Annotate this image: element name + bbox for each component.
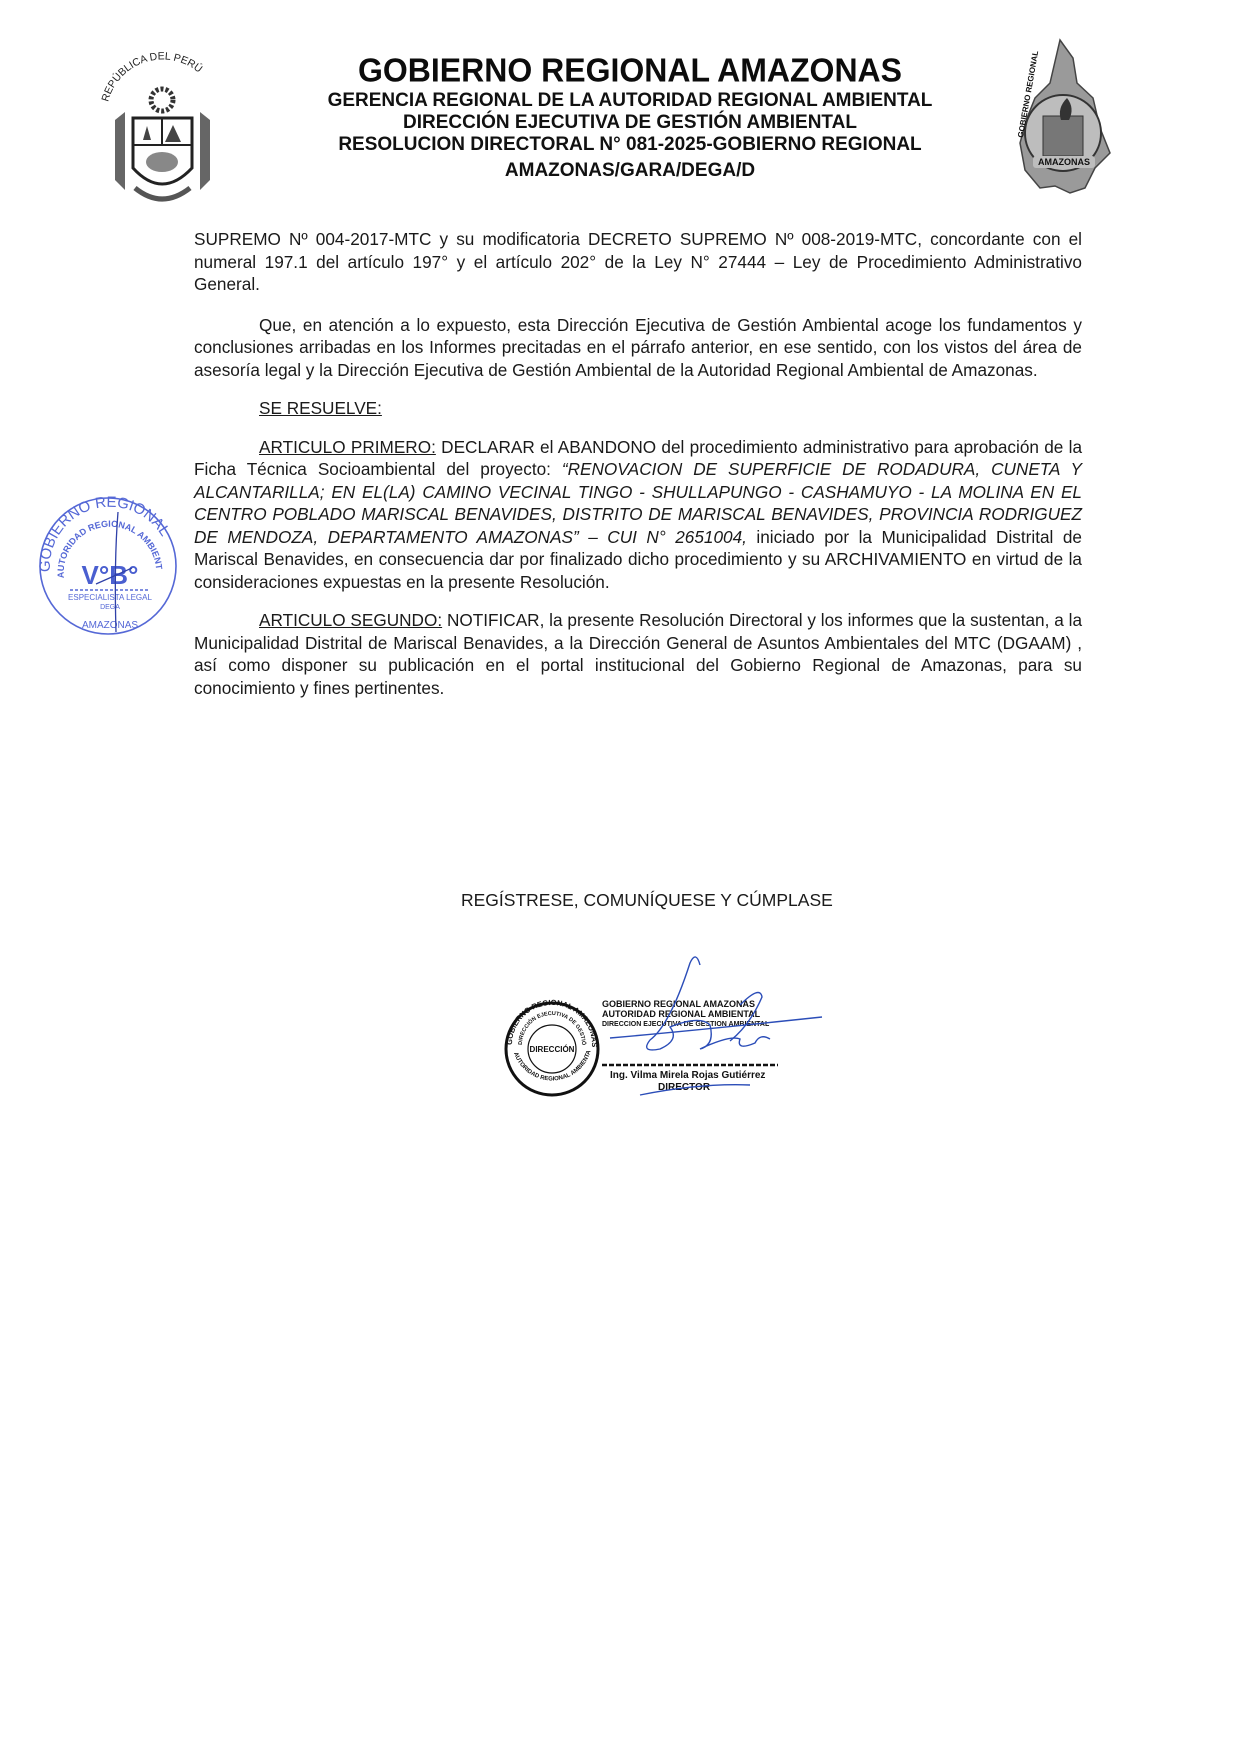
svg-text:Ing. Vilma Mirela Rojas Gutiér: Ing. Vilma Mirela Rojas Gutiérrez (610, 1070, 765, 1081)
legal-basis-paragraph: SUPREMO Nº 004-2017-MTC y su modificator… (194, 228, 1082, 296)
direccion-seal-icon: GOBIERNO REGIONAL AMAZONAS DIRECCIÓN EJE… (500, 945, 599, 1095)
gerencia-line: GERENCIA REGIONAL DE LA AUTORIDAD REGION… (260, 90, 1000, 112)
articulo-segundo: ARTICULO SEGUNDO: NOTIFICAR, la presente… (194, 609, 1082, 699)
closing-formula: REGÍSTRESE, COMUNÍQUESE Y CÚMPLASE (461, 890, 833, 911)
resolution-suffix: AMAZONAS/GARA/DEGA/D (260, 160, 1000, 182)
resolution-body: SUPREMO Nº 004-2017-MTC y su modificator… (194, 228, 1082, 699)
direccion-line: DIRECCIÓN EJECUTIVA DE GESTIÓN AMBIENTAL (260, 112, 1000, 134)
svg-text:V°B°: V°B° (82, 560, 139, 590)
institution-title: GOBIERNO REGIONAL AMAZONAS (260, 51, 1000, 89)
svg-text:DEGA: DEGA (100, 604, 120, 611)
articulo-primero-label: ARTICULO PRIMERO: (259, 437, 436, 457)
director-signature-block: GOBIERNO REGIONAL AMAZONAS DIRECCIÓN EJE… (500, 945, 830, 1115)
svg-text:ESPECIALISTA LEGAL: ESPECIALISTA LEGAL (68, 593, 152, 602)
svg-text:GOBIERNO REGIONAL AMAZONAS: GOBIERNO REGIONAL AMAZONAS (602, 999, 755, 1009)
document-page: REPÚBLICA DEL PERÚ GOBIERNO REGIONAL AMA… (0, 0, 1240, 1754)
articulo-primero: ARTICULO PRIMERO: DECLARAR el ABANDONO d… (194, 436, 1082, 594)
resolution-number: RESOLUCION DIRECTORAL N° 081-2025-GOBIER… (260, 134, 1000, 156)
svg-text:AMAZONAS: AMAZONAS (1038, 157, 1090, 167)
vobo-legal-stamp-icon: GOBIERNO REGIONAL AUTORIDAD REGIONAL AMB… (36, 492, 181, 637)
svg-text:AUTORIDAD REGIONAL AMBIENTAL: AUTORIDAD REGIONAL AMBIENTAL (602, 1009, 761, 1019)
considerando-paragraph: Que, en atención a lo expuesto, esta Dir… (194, 314, 1082, 382)
se-resuelve-heading: SE RESUELVE: (259, 397, 1082, 420)
peru-coat-of-arms-icon: REPÚBLICA DEL PERÚ (95, 50, 230, 210)
letterhead-text: GOBIERNO REGIONAL AMAZONAS GERENCIA REGI… (260, 52, 1000, 182)
svg-text:DIRECCIÓN: DIRECCIÓN (530, 1045, 575, 1054)
svg-text:REPÚBLICA DEL PERÚ: REPÚBLICA DEL PERÚ (99, 50, 205, 103)
amazonas-regional-emblem-icon: GOBIERNO REGIONAL AMAZONAS (1015, 38, 1115, 198)
letterhead: REPÚBLICA DEL PERÚ GOBIERNO REGIONAL AMA… (0, 0, 1240, 210)
svg-text:AMAZONAS: AMAZONAS (82, 620, 138, 631)
articulo-segundo-label: ARTICULO SEGUNDO: (259, 610, 442, 630)
